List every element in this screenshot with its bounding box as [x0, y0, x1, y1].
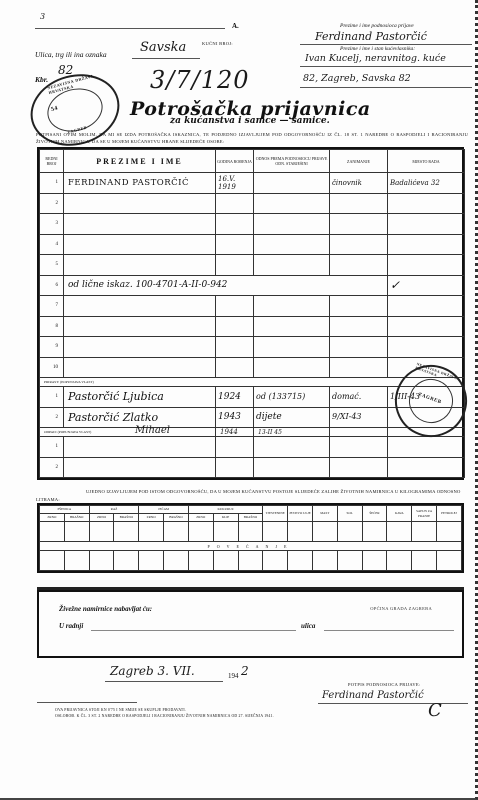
- shop-line: [91, 630, 296, 631]
- shop-label: U radnji: [59, 622, 83, 630]
- owner-value-line2: 82, Zagreb, Savska 82: [303, 73, 411, 84]
- applicant-line: [300, 44, 472, 45]
- footer-notes: Ova prijavnica stoji kn 0'75 i ne smije …: [55, 707, 274, 719]
- applicant-label: Prezime i ime podnosioca prijave: [340, 23, 414, 29]
- household-members-table: Redni broj Prezime i ime Godina rođenja …: [37, 147, 464, 480]
- form-number: 3/7/120: [150, 66, 250, 94]
- house-number-label: Kbr.: [35, 75, 48, 84]
- kucni-broj-label: Kućni broj:: [202, 41, 233, 46]
- ration-registration-form: 3 A. Kućni broj: Ulica, trg ili ina ozna…: [0, 0, 478, 800]
- table-row: 5: [40, 255, 465, 276]
- corner-scribble: 3: [40, 12, 45, 21]
- odpad-section-header: Odpad: (Popunjava vlast) Mihael 1944 13-…: [40, 428, 465, 437]
- col-redni-broj: Redni broj: [40, 150, 64, 173]
- supply-shop-box: Živežne namirnice nabavljat ću: Općina g…: [37, 590, 464, 658]
- col-mjesto-rada: Mjesto rada: [388, 150, 465, 173]
- table-row: 2: [40, 193, 465, 214]
- street-line: [132, 58, 200, 59]
- table-row: 4: [40, 234, 465, 255]
- signature-line: [318, 703, 468, 704]
- date-line: [105, 681, 223, 682]
- member-name: FERDINAND PASTORČIĆ: [64, 173, 216, 194]
- owner-line-1: [300, 66, 472, 67]
- col-odnos: Odnos prema podnosiocu prijave odn. star…: [254, 150, 330, 173]
- series-mark: A.: [232, 22, 239, 30]
- signature-flourish: C: [428, 700, 442, 721]
- owner-line-2: [300, 87, 472, 88]
- table-row: 2: [40, 457, 465, 478]
- table-row: 8: [40, 316, 465, 337]
- increase-row-header: POVEĆANJE: [40, 542, 462, 551]
- added-member-name: Pastorčić Ljubica: [64, 387, 216, 408]
- id-card-annotation: od lične iskaz. 100-4701-A-II-0-942: [64, 275, 388, 296]
- member-birth: 16.V. 1919: [216, 173, 254, 194]
- intro-declaration: Potpisani ovim molim, da mi se izda potr…: [36, 131, 468, 145]
- street-label: Ulica, trg ili ina oznaka: [35, 50, 107, 59]
- owner-value-line1: Ivan Kucelj, neravnitog. kuće: [305, 53, 446, 64]
- member-workplace: Badalićeva 32: [388, 173, 465, 194]
- col-godina-rodenja: Godina rođenja: [216, 150, 254, 173]
- col-zanimanje: Zanimanje: [330, 150, 388, 173]
- signature-label: Potpis podnosioca prijave:: [348, 682, 420, 687]
- increase-row: [40, 551, 462, 571]
- table-row: 1: [40, 437, 465, 458]
- street-value: Savska: [140, 40, 186, 55]
- stocks-row: [40, 522, 462, 542]
- initials-scribble: ✓: [388, 275, 465, 296]
- table-row: 7: [40, 296, 465, 317]
- food-stocks-table: Pšenica Raž Ječam Kukuruz Tjestenine Jes…: [37, 503, 464, 573]
- table-row: 10: [40, 357, 465, 378]
- applicant-value: Ferdinand Pastorčić: [315, 30, 427, 43]
- applicant-signature: Ferdinand Pastorčić: [322, 690, 424, 701]
- year-suffix: 2: [241, 664, 249, 678]
- table-row: 6 od lične iskaz. 100-4701-A-II-0-942 ✓: [40, 275, 465, 296]
- top-rule: [35, 28, 225, 29]
- place-date: Zagreb 3. VII.: [110, 664, 195, 678]
- member-occupation: činovnik: [330, 173, 388, 194]
- odpad-name-note: Mihael: [135, 425, 170, 436]
- supply-street-line: [324, 630, 454, 631]
- footer-rule: [37, 702, 137, 703]
- table-row: 3: [40, 214, 465, 235]
- table-row: 9: [40, 337, 465, 358]
- supply-street-label: ulica: [301, 622, 315, 630]
- year-prefix: 194: [228, 672, 239, 680]
- owner-label: Prezime i ime i stan kućevlasnika:: [340, 46, 415, 52]
- supply-label: Živežne namirnice nabavljat ću:: [59, 605, 152, 613]
- form-subtitle: za kućanstva i samce — samice.: [170, 116, 330, 126]
- col-prezime-ime: Prezime i ime: [64, 150, 216, 173]
- stocks-declaration: Ujedno izjavljujem pod istom odgovornošć…: [36, 488, 468, 504]
- municipal-stamp-text: Općina grada Zagreba: [370, 606, 432, 611]
- table-row: 1 FERDINAND PASTORČIĆ 16.V. 1919 činovni…: [40, 173, 465, 194]
